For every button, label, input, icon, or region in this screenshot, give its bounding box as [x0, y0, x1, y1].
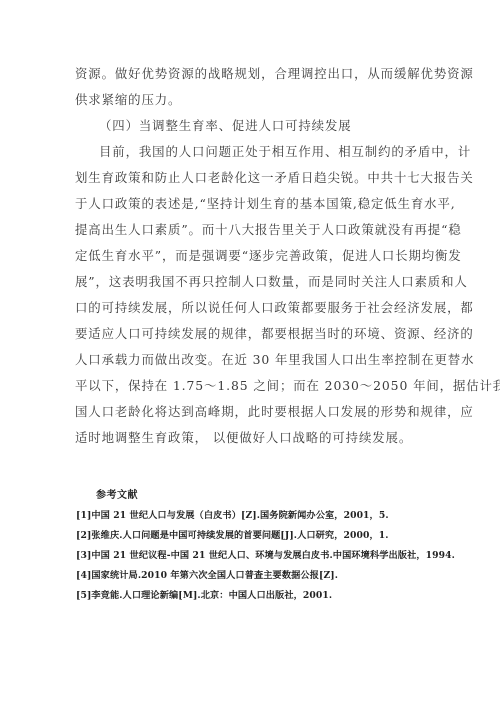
references-title: 参考文献: [96, 486, 138, 501]
body-line: 国人口老龄化将达到高峰期，此时要根据人口发展的形势和规律，应: [75, 404, 427, 420]
body-line: 定低生育水平”，而是强调要“逐步完善政策，促进人口长期均衡发: [75, 248, 427, 264]
reference-item: [1]中国 21 世纪人口与发展（白皮书）[Z].国务院新闻办公室，2001，5…: [76, 507, 389, 521]
body-line: 于人口政策的表述是,“坚持计划生育的基本国策,稳定低生育水平,: [75, 196, 427, 212]
body-line: 适时地调整生育政策， 以便做好人口战略的可持续发展。: [75, 430, 427, 446]
body-line: 资源。做好优势资源的战略规划，合理调控出口，从而缓解优势资源: [75, 66, 427, 82]
body-line: 要适应人口可持续发展的规律，都要根据当时的环境、资源、经济的: [75, 326, 427, 342]
reference-item: [3]中国 21 世纪议程-中国 21 世纪人口、环境与发展白皮书.中国环境科学…: [76, 547, 455, 561]
body-line: 展”，这表明我国不再只控制人口数量，而是同时关注人口素质和人: [75, 274, 427, 290]
body-line: 平以下，保持在 1.75～1.85 之间；而在 2030～2050 年间，据估计…: [75, 378, 427, 394]
section-heading: （四）当调整生育率、促进人口可持续发展: [99, 118, 451, 134]
body-line: 提高出生人口素质”。而十八大报告里关于人口政策就没有再提“稳: [75, 222, 427, 238]
reference-item: [4]国家统计局.2010 年第六次全国人口普查主要数据公报[Z].: [76, 567, 338, 581]
document-page: 资源。做好优势资源的战略规划，合理调控出口，从而缓解优势资源 供求紧缩的压力。 …: [0, 0, 500, 707]
reference-item: [5]李竞能.人口理论新编[M].北京：中国人口出版社，2001.: [76, 587, 332, 601]
body-line: 目前，我国的人口问题正处于相互作用、相互制约的矛盾中，计: [99, 144, 427, 160]
body-line: 人口承载力而做出改变。在近 30 年里我国人口出生率控制在更替水: [75, 352, 427, 368]
body-line: 划生育政策和防止人口老龄化这一矛盾日趋尖锐。中共十七大报告关: [75, 170, 427, 186]
reference-item: [2]张维庆.人口问题是中国可持续发展的首要问题[J].人口研究，2000，1.: [76, 527, 389, 541]
body-line: 供求紧缩的压力。: [75, 92, 427, 108]
body-line: 口的可持续发展，所以说任何人口政策都要服务于社会经济发展，都: [75, 300, 427, 316]
